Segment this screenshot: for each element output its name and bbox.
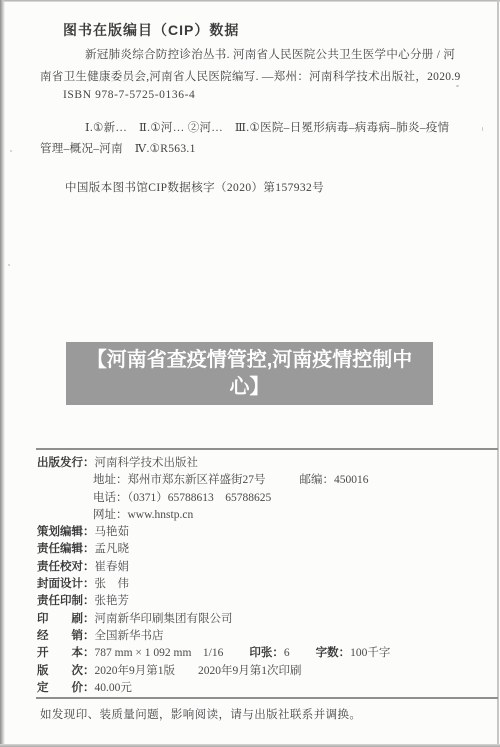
colophon-row-publisher: 出版发行：河南科学技术出版社 (37, 455, 494, 472)
row-label: 策划编辑： (37, 524, 95, 541)
row-label-wordcount: 字数： (316, 645, 351, 662)
row-label: 地址： (93, 474, 128, 486)
row-label: 责任校对： (37, 559, 95, 576)
row-label: 版 次： (37, 663, 95, 680)
row-label: 印 刷： (37, 611, 95, 628)
row-value: 张艳芳 (95, 595, 130, 607)
row-value: www.hnstp.cn (128, 509, 194, 521)
scan-speck (8, 264, 10, 266)
row-value: 马艳茹 (95, 526, 130, 538)
book-copyright-page: 图书在版编目（CIP）数据 新冠肺炎综合防控诊治丛书. 河南省人民医院公共卫生医… (0, 0, 500, 747)
cip-header: 图书在版编目（CIP）数据 (63, 20, 239, 40)
row-value: 40.00元 (95, 682, 132, 694)
row-value: （0371）65788613 65788625 (128, 492, 272, 504)
watermark-banner: 【河南省查疫情管控,河南疫情控制中心】 (66, 342, 433, 405)
row-label: 定 价： (37, 680, 95, 697)
scan-speck (482, 127, 483, 131)
row-label-sheets: 印张： (249, 645, 284, 662)
colophon-row-website: 网址：www.hnstp.cn (37, 507, 494, 524)
colophon-row-edition: 版 次：2020年9月第1版 2020年9月第1次印刷 (37, 663, 494, 680)
row-label: 经 销： (37, 628, 95, 645)
colophon-row-planning-editor: 策划编辑：马艳茹 (37, 524, 494, 541)
colophon-row-proofreader: 责任校对：崔春娟 (37, 559, 494, 576)
row-label: 封面设计： (37, 576, 95, 593)
row-value-postcode: 450016 (334, 474, 369, 486)
cip-entry: 新冠肺炎综合防控诊治丛书. 河南省人民医院公共卫生医学中心分册 / 河南省卫生健… (40, 45, 464, 88)
row-label-postcode: 邮编： (300, 474, 335, 486)
colophon: 出版发行：河南科学技术出版社 地址：郑州市郑东新区祥盛街27号邮编：450016… (37, 455, 494, 697)
divider-bottom (36, 697, 498, 699)
row-value: 河南新华印刷集团有限公司 (95, 613, 233, 625)
row-label: 责任印制： (37, 593, 95, 610)
colophon-row-printer: 印 刷：河南新华印刷集团有限公司 (37, 611, 494, 628)
row-value: 孟凡晓 (95, 543, 130, 555)
row-value-wordcount: 100千字 (350, 647, 390, 659)
row-label: 出版发行： (37, 455, 95, 472)
page-edge-left (0, 0, 5, 747)
colophon-row-responsible-editor: 责任编辑：孟凡晓 (37, 541, 494, 558)
row-label: 电话： (93, 492, 128, 504)
row-label: 网址： (93, 509, 128, 521)
row-value-sheets: 6 (284, 647, 290, 659)
colophon-row-price: 定 价：40.00元 (37, 680, 494, 697)
cip-record-number: 中国版本图书馆CIP数据核字（2020）第157932号 (65, 179, 324, 195)
colophon-row-phone: 电话：（0371）65788613 65788625 (37, 490, 494, 507)
row-label: 开 本： (37, 645, 95, 662)
row-value: 787 mm × 1 092 mm 1/16 (95, 647, 224, 659)
cip-classification: Ⅰ.①新… Ⅱ.①河… ②河… Ⅲ.①医院–日冕形病毒–病毒病–肺炎–疫情管理–… (40, 118, 460, 160)
row-value: 全国新华书店 (95, 630, 164, 642)
page-edge-top (0, 0, 500, 2)
colophon-row-address: 地址：郑州市郑东新区祥盛街27号邮编：450016 (37, 472, 494, 489)
scan-speck (10, 150, 12, 152)
row-value: 2020年9月第1版 2020年9月第1次印刷 (95, 665, 302, 677)
colophon-row-print-supervisor: 责任印制：张艳芳 (37, 593, 494, 610)
watermark-text: 【河南省查疫情管控,河南疫情控制中心】 (74, 347, 425, 401)
divider-top (36, 448, 498, 450)
row-label: 责任编辑： (37, 541, 95, 558)
row-value: 崔春娟 (95, 561, 130, 573)
colophon-row-distributor: 经 销：全国新华书店 (37, 628, 494, 645)
quality-note: 如发现印、装质量问题，影响阅读，请与出版社联系并调换。 (40, 706, 361, 722)
page-edge-right (497, 0, 499, 747)
row-value: 郑州市郑东新区祥盛街27号 (128, 474, 266, 486)
row-value: 张 伟 (95, 578, 130, 590)
colophon-row-cover-design: 封面设计：张 伟 (37, 576, 494, 593)
isbn-line: ISBN 978-7-5725-0136-4 (63, 89, 195, 101)
colophon-row-format: 开 本：787 mm × 1 092 mm 1/16印张：6字数：100千字 (37, 645, 494, 662)
row-value: 河南科学技术出版社 (95, 457, 199, 469)
